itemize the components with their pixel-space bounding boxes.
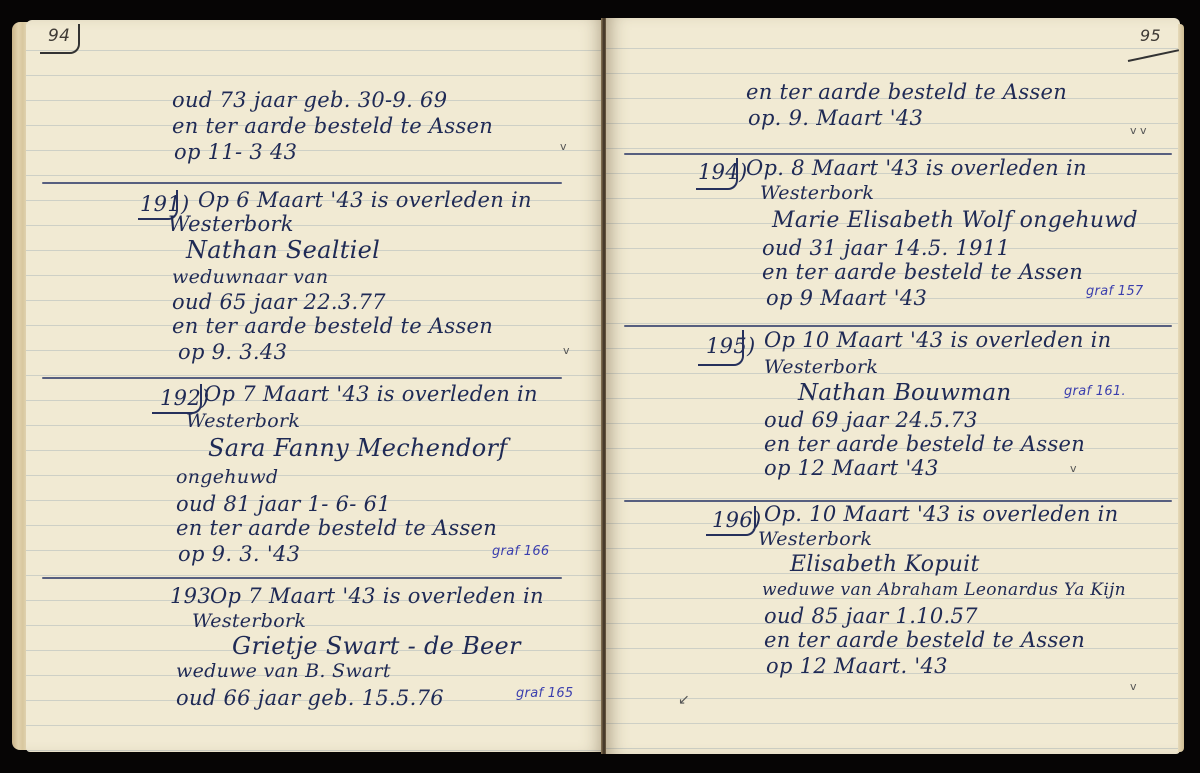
grave-number: graf 165 (516, 686, 574, 701)
entry-divider (624, 325, 1172, 327)
check-mark: v (1130, 680, 1137, 693)
deceased-name: Sara Fanny Mechendorf (208, 434, 507, 462)
check-mark: v (563, 344, 570, 357)
entry-divider (42, 577, 562, 579)
deceased-name: Grietje Swart - de Beer (232, 632, 521, 660)
deceased-name: Elisabeth Kopuit (790, 552, 980, 577)
open-notebook: 94 oud 73 jaar geb. 30-9. 69 en ter aard… (0, 0, 1200, 773)
deceased-name: Nathan Sealtiel (186, 236, 380, 264)
check-mark: v (560, 140, 567, 153)
deceased-name: Marie Elisabeth Wolf ongehuwd (772, 208, 1138, 233)
grave-number: graf 161. (1064, 384, 1126, 399)
entry-number: 193 (170, 584, 211, 608)
page-number-frame (40, 24, 80, 54)
check-mark: v v (1130, 124, 1147, 137)
entry-divider (624, 153, 1172, 155)
grave-number: graf 166 (492, 544, 550, 559)
check-mark: v (1070, 462, 1077, 475)
deceased-name: Nathan Bouwman (798, 380, 1012, 406)
right-page-edge (1178, 24, 1184, 752)
entry-divider (42, 377, 562, 379)
grave-number: graf 157 (1086, 284, 1144, 299)
stray-pencil-mark: ↙ (678, 692, 690, 708)
entry-divider (42, 182, 562, 184)
page-number-right: 95 (1140, 26, 1161, 45)
